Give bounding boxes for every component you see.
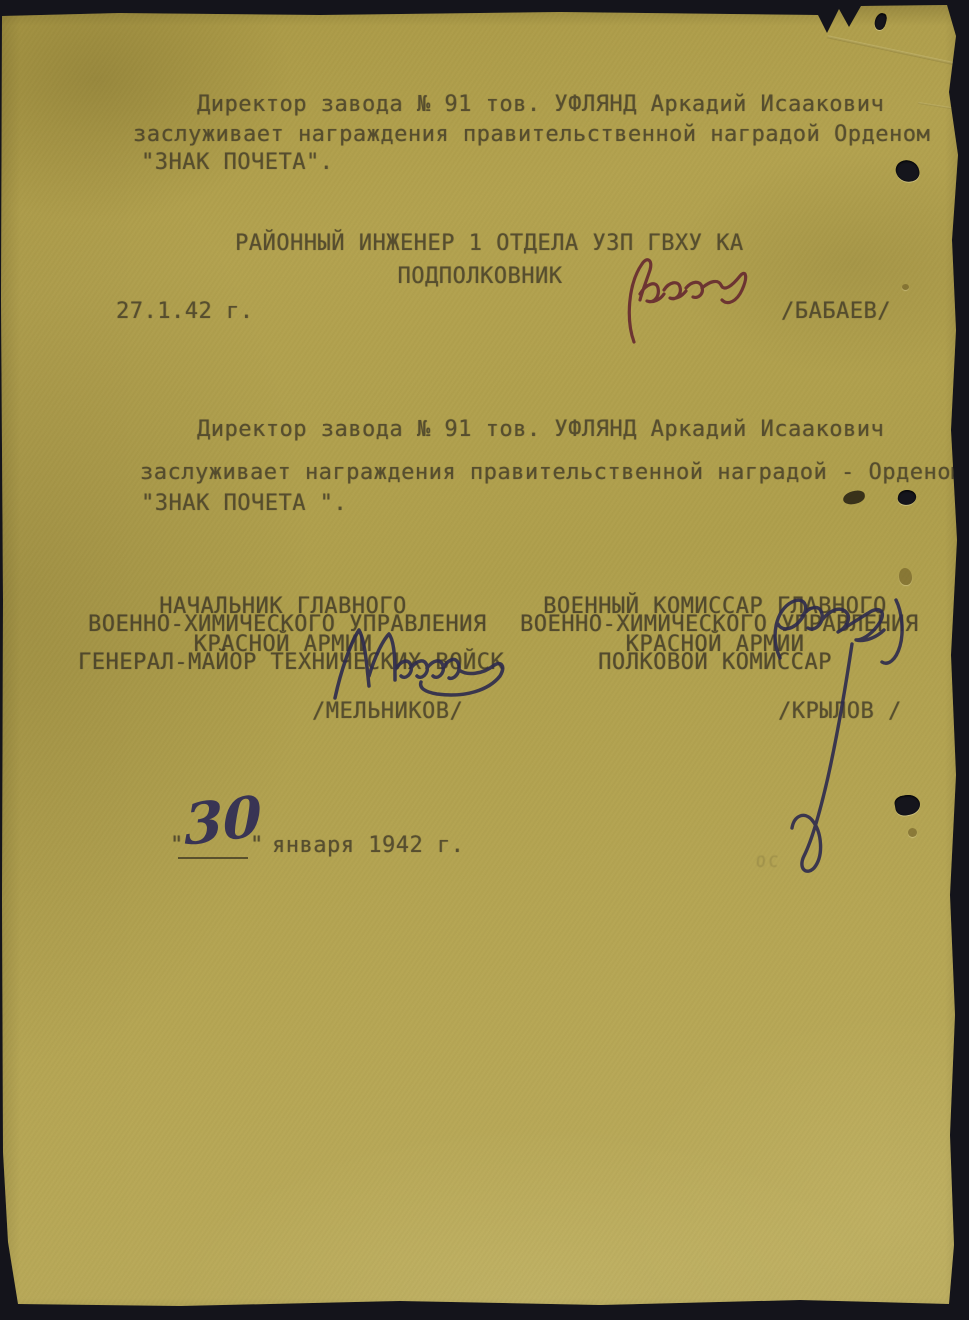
date-27-1-42: 27.1.42 г. <box>116 299 253 325</box>
paragraph-1-line-2: заслуживает награждения правительственно… <box>133 122 930 148</box>
commissar-title-line-4: ПОЛКОВОЙ КОМИССАР <box>520 654 910 672</box>
paper-dent <box>908 828 917 837</box>
engineer-title-line-1: РАЙОННЫЙ ИНЖЕНЕР 1 ОТДЕЛА УЗП ГВХУ КА <box>235 231 725 257</box>
paragraph-1-line-3: "ЗНАК ПОЧЕТА". <box>141 150 333 176</box>
paragraph-1-line-1: Директор завода № 91 тов. УФЛЯНД Аркадий… <box>197 92 884 118</box>
faint-imprint: ОС <box>755 852 782 871</box>
paper-hole <box>873 12 888 31</box>
ink-blot <box>842 490 866 506</box>
date-open-quote: " <box>170 833 184 859</box>
paragraph-2-line-2: заслуживает награждения правительственно… <box>140 460 965 486</box>
engineer-title-line-2: ПОДПОЛКОВНИК <box>235 264 725 290</box>
paper-dent <box>902 284 909 290</box>
paper-dent <box>899 568 912 585</box>
crease-line <box>918 102 969 112</box>
paragraph-2-line-3: "ЗНАК ПОЧЕТА ". <box>141 491 347 517</box>
scan-background: Директор завода № 91 тов. УФЛЯНД Аркадий… <box>0 0 969 1320</box>
paper-hole <box>893 793 921 817</box>
babaev-typed-name: /БАБАЕВ/ <box>781 299 891 325</box>
paper-sheet: Директор завода № 91 тов. УФЛЯНД Аркадий… <box>0 0 969 1320</box>
melnikov-typed-name: /МЕЛЬНИКОВ/ <box>312 699 463 725</box>
day-underline <box>178 857 248 859</box>
chief-title-line-4: ГЕНЕРАЛ-МАЙОР ТЕХНИЧЕСКИХ ВОЙСК <box>78 654 488 672</box>
paper-hole <box>897 489 917 506</box>
date-close-quote: " <box>250 833 264 859</box>
paper-hole <box>894 158 921 184</box>
date-text: января 1942 г. <box>272 833 464 859</box>
crease-line <box>827 35 967 67</box>
krylov-typed-name: /КРЫЛОВ / <box>778 699 902 725</box>
paragraph-2-line-1: Директор завода № 91 тов. УФЛЯНД Аркадий… <box>197 417 884 443</box>
